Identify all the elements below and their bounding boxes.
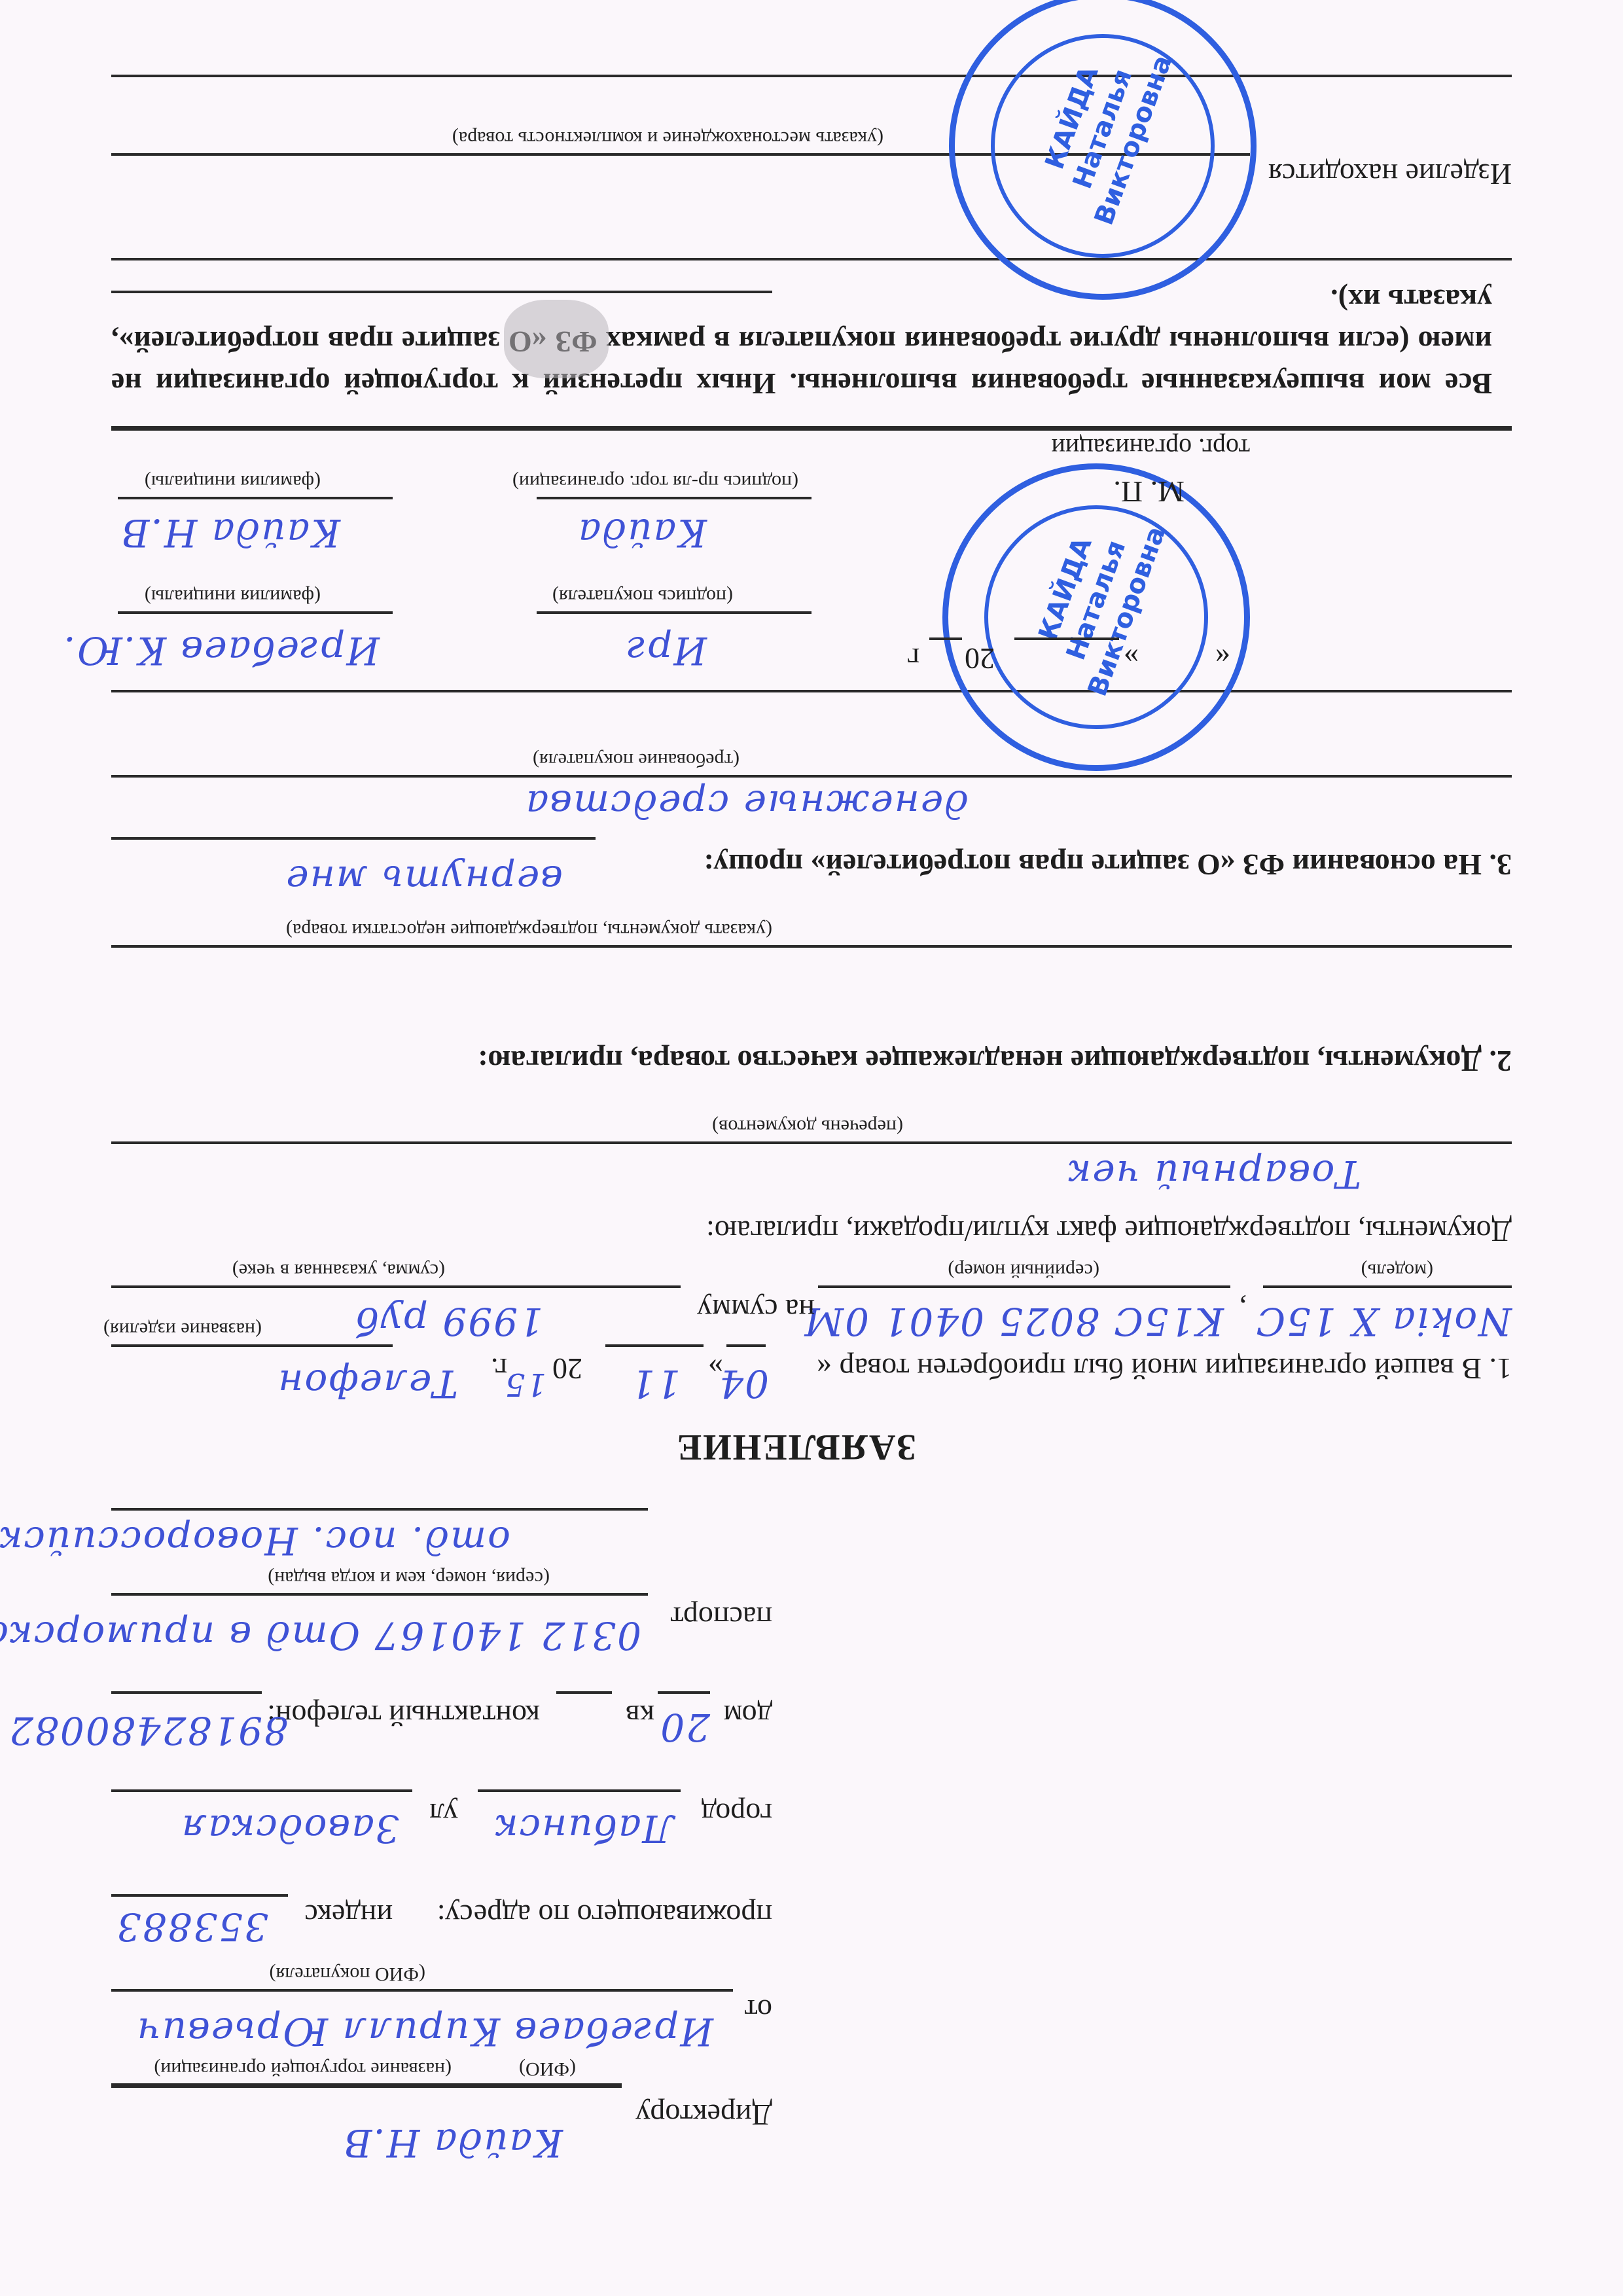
sum-label: на сумму [697,1293,815,1327]
docs-value: Товарный чек [1067,1152,1361,1196]
address-label: проживающего по адресу: [437,1898,772,1933]
model-value: Nokia X 15C [1255,1299,1512,1344]
separator-line [111,426,1512,431]
city-value: Лабинск [494,1806,674,1851]
house-line [658,1691,710,1694]
sig1-buyer-sign: Ирг [626,628,707,673]
statement-line-2 [111,258,1512,260]
company-stamp-1: КАЙДАНатальяВикторовна [942,463,1250,771]
to-caption-fio: (ФИО) [519,2058,576,2080]
sig1-buyer-name-line [118,611,393,614]
section2-text: 2. Документы, подтверждающие ненадлежаще… [478,1044,1512,1079]
company-stamp-2: КАЙДАНатальяВикторовна [949,0,1257,300]
index-label: индекс [304,1898,393,1933]
passport-line [111,1593,648,1596]
sum-value: 1999 руб [355,1299,543,1344]
to-value: Кайда Н.В [343,2121,563,2165]
street-label: ул [429,1797,458,1831]
purchase-month: 11 [630,1361,681,1406]
location-caption: (указать местонахождение и комплектность… [452,127,883,149]
to-caption-org: (название торгующей организации) [154,2058,452,2080]
house-label: дом [723,1698,772,1733]
sum-caption: (сумма, указанная в чеке) [232,1259,445,1282]
purchase-month-line [605,1344,704,1347]
page-title: ЗАЯВЛЕНИЕ [676,1426,916,1468]
purchase-year-suffix: г. [491,1352,507,1386]
sig1-year-line [929,637,962,640]
sum-line [111,1285,681,1288]
phone-value: 89182480082 [8,1708,288,1753]
serial-line [818,1285,1230,1288]
docs-line [111,1141,1512,1144]
sig1-date-close: » [1124,641,1139,676]
sig1-buyer-name-caption: (фамилия инициалы) [145,585,321,607]
section2-caption: (указать документы, подтверждающие недос… [286,919,772,941]
comma: , [1240,1293,1247,1327]
from-line [111,1989,733,1992]
sig1-seller-name-caption: (фамилия инициалы) [145,471,321,493]
city-line [478,1789,681,1792]
to-label: Директору [635,2098,772,2132]
phone-line [111,1691,262,1694]
statement-paragraph: Все мои вышеуказанные требования выполне… [111,279,1492,404]
location-line-2 [111,75,1512,77]
phone-label: контактный телефон: [267,1698,540,1733]
from-label: от [745,1993,773,2028]
street-value: Заводская [181,1806,399,1851]
house-value: 20 [659,1705,710,1749]
section3-line-1 [111,837,596,840]
purchase-year-prefix: 20 [552,1352,582,1386]
product-caption: (название изделия) [103,1318,262,1340]
to-line [111,2083,622,2088]
passport-value-line2: отд. пос. Новороссийск [0,1518,510,1563]
location-label: Изделие находится [1268,157,1512,192]
product-line [111,1344,393,1347]
sig1-seller-sign-caption: (подпись пр-ля торг. организации) [512,471,798,493]
docs-text: Документы, подтверждающие факт купли/про… [706,1214,1512,1249]
apt-label: кв [626,1698,654,1733]
street-line [111,1789,412,1792]
section3-text: 3. На основании ФЗ «О защите прав потреб… [704,848,1512,882]
sig1-seller-name-line [118,497,393,499]
model-caption: (модель) [1361,1259,1433,1282]
sig1-buyer-sign-line [537,611,811,614]
statement-line-1 [111,291,772,293]
model-line [1263,1285,1512,1288]
purchase-day-line [726,1344,766,1347]
section3-line-2 [111,775,1512,778]
section3-line-3 [111,690,1512,692]
section2-line [111,945,1512,948]
sig1-month-line [1014,637,1119,640]
section3-caption: (требование покупателя) [533,749,740,771]
purchase-year: 15 [504,1366,546,1403]
section3-value-2: денежные средства [525,782,969,827]
product-value: Телефон [277,1361,458,1406]
passport-label: паспорт [670,1600,772,1635]
passport-value: 0312 140167 Отд в приморско [0,1613,641,1658]
from-caption: (ФИО покупателя) [269,1963,425,1985]
section3-value-1: вернуть мне [285,857,563,902]
sig1-seller-name: Кайда Н.В [120,511,340,555]
passport-caption: (серия, номер, кем и когда выдан) [268,1567,550,1589]
passport-line-2 [111,1508,648,1511]
docs-caption: (перечень документов) [712,1115,903,1138]
serial-value: K15C 8025 0401 0М [804,1299,1224,1344]
ink-smudge [504,300,609,378]
sig1-buyer-sign-caption: (подпись покупателя) [552,585,733,607]
sig1-year-prefix: 20 [965,641,995,676]
from-value: Иргебаев Кирилл Юрьевич [136,2009,713,2054]
document-page: Директору Кайда Н.В (ФИО) (название торг… [0,0,1623,2296]
section1-text: 1. В вашей организации мной был приобрет… [817,1352,1512,1386]
city-label: город [701,1797,772,1831]
sig1-buyer-name: Иргебаев К.Ю. [62,628,380,673]
sig1-seller-sign: Кайда [577,511,707,555]
serial-caption: (серийный номер) [948,1259,1099,1282]
sig1-mp: М. П. [1113,475,1185,509]
quote-close: » [708,1352,723,1386]
index-line [111,1894,288,1897]
index-value: 353883 [116,1905,268,1949]
apt-line [556,1691,612,1694]
sig1-org: торг. организации [1051,433,1250,463]
sig1-seller-sign-line [537,497,811,499]
purchase-day: 04 [718,1361,769,1406]
sig1-date-open: « [1215,641,1230,676]
sig1-year-suffix: г [907,641,919,676]
